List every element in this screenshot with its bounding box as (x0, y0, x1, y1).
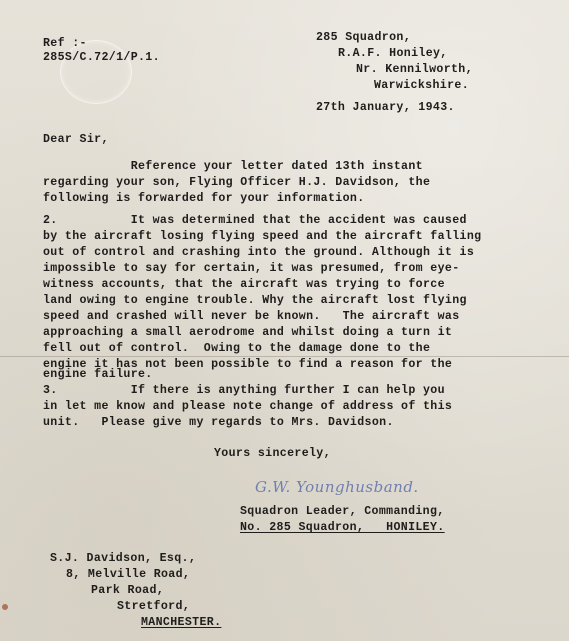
text-line: 3. If there is anything further I can he… (43, 383, 445, 399)
letter-date: 27th January, 1943. (316, 100, 455, 116)
text-line: impossible to say for certain, it was pr… (43, 261, 460, 277)
salutation: Dear Sir, (43, 132, 109, 148)
sender-address-line: 285 Squadron, (316, 30, 411, 46)
signatory-title: Squadron Leader, Commanding, (240, 504, 445, 520)
text-line: out of control and crashing into the gro… (43, 245, 474, 261)
ref-number: 285S/C.72/1/P.1. (43, 50, 160, 66)
letter-page: Ref :- 285S/C.72/1/P.1. 285 Squadron, R.… (0, 0, 569, 641)
text-line: approaching a small aerodrome and whilst… (43, 325, 452, 341)
recipient-address-line: Park Road, (91, 583, 164, 599)
text-line: fell out of control. Owing to the damage… (43, 341, 430, 357)
text-line: speed and crashed will never be known. T… (43, 309, 460, 325)
text-line: engine failure. (43, 367, 153, 383)
text-line: Reference your letter dated 13th instant (43, 159, 423, 175)
text-line: by the aircraft losing flying speed and … (43, 229, 481, 245)
recipient-name: S.J. Davidson, Esq., (50, 551, 196, 567)
signatory-unit: No. 285 Squadron, HONILEY. (240, 520, 445, 536)
recipient-address-line: Stretford, (117, 599, 190, 615)
handwritten-signature: G.W. Younghusband. (255, 478, 419, 496)
sender-address-line: R.A.F. Honiley, (338, 46, 448, 62)
text-line: land owing to engine trouble. Why the ai… (43, 293, 467, 309)
recipient-city: MANCHESTER. (141, 615, 221, 631)
text-line: following is forwarded for your informat… (43, 191, 365, 207)
closing: Yours sincerely, (214, 446, 331, 462)
recipient-address-line: 8, Melville Road, (66, 567, 190, 583)
text-line: unit. Please give my regards to Mrs. Dav… (43, 415, 394, 431)
text-line: regarding your son, Flying Officer H.J. … (43, 175, 430, 191)
paper-stain (2, 604, 8, 610)
sender-address-line: Nr. Kennilworth, (356, 62, 473, 78)
text-line: 2. It was determined that the accident w… (43, 213, 467, 229)
sender-address-line: Warwickshire. (374, 78, 469, 94)
text-line: in let me know and please note change of… (43, 399, 452, 415)
text-line: witness accounts, that the aircraft was … (43, 277, 445, 293)
